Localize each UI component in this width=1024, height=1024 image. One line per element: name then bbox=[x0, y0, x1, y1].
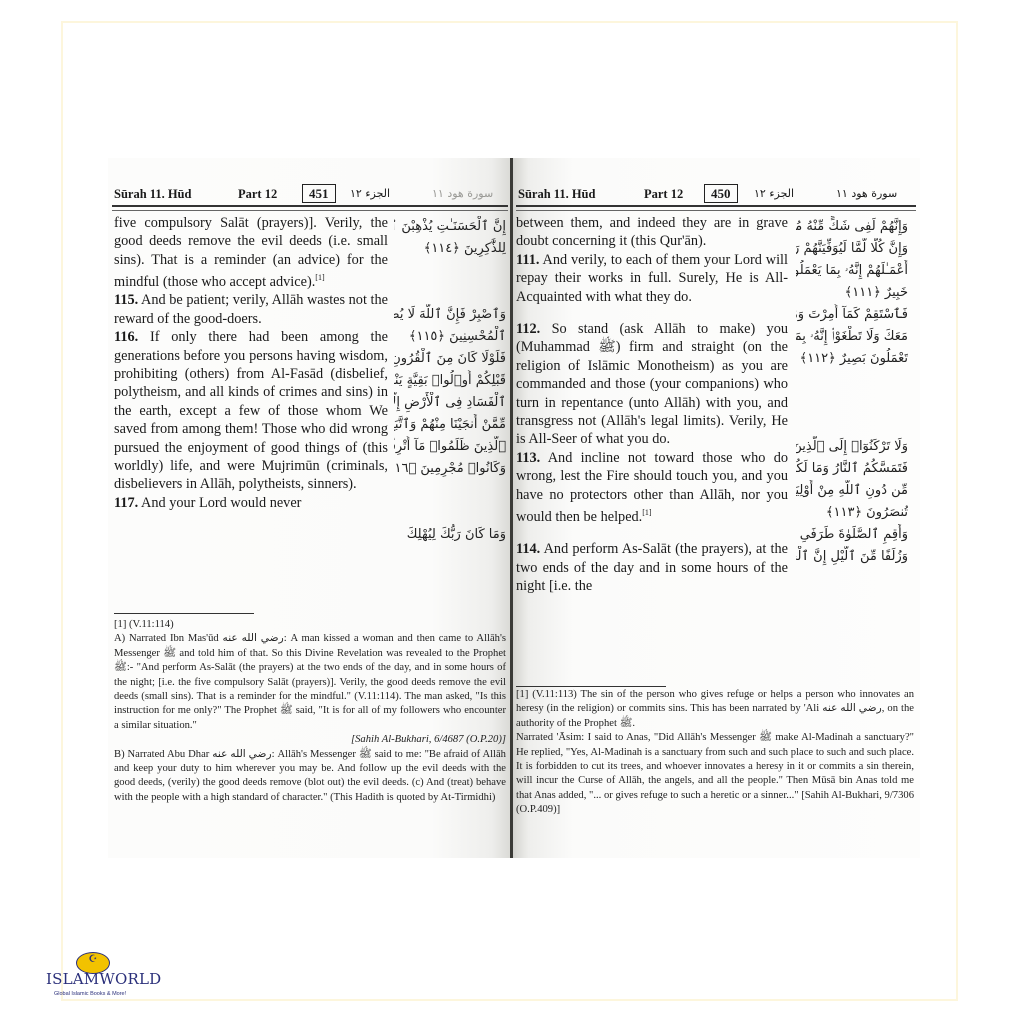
verse-continuation: between them, and indeed they are in gra… bbox=[516, 214, 788, 251]
arabic-line: وَأَقِمِ ٱلصَّلَوٰةَ طَرَفَىِ ٱلنَّهَارِ bbox=[796, 524, 908, 546]
english-translation: five compulsory Salāt (prayers)]. Verily… bbox=[114, 214, 388, 512]
juz-arabic: الجزء ١٢ bbox=[754, 187, 794, 200]
surah-title: Sūrah 11. Hūd bbox=[114, 187, 191, 202]
arabic-line: تُنصَرُونَ ﴿١١٣﴾ bbox=[796, 502, 908, 524]
part-label: Part 12 bbox=[238, 187, 277, 202]
arabic-line: أَعْمَـٰلَهُمْ إِنَّهُۥ بِمَا يَعْمَلُون… bbox=[796, 260, 908, 282]
page-header: Sūrah 11. Hūd Part 12 450 الجزء ١٢ سورة … bbox=[518, 184, 914, 204]
header-rule bbox=[112, 205, 508, 211]
arabic-line: مَعَكَ وَلَا تَطْغَوْا۟ إِنَّهُۥ بِمَا bbox=[796, 326, 908, 348]
verse-113: 113. And incline not toward those who do… bbox=[516, 449, 788, 526]
arabic-spacer bbox=[796, 414, 908, 436]
footnotes: [1] (V.11:114) A) Narrated Ibn Mas'ūd رض… bbox=[114, 618, 506, 805]
footnote-a: A) Narrated Ibn Mas'ūd رضي الله عنه: A m… bbox=[114, 632, 506, 733]
verse-112: 112. So stand (ask Allāh to make) you (M… bbox=[516, 320, 788, 449]
page-451: Sūrah 11. Hūd Part 12 451 الجزء ١٢ سورة … bbox=[108, 158, 512, 858]
verse-117: 117. And your Lord would never bbox=[114, 494, 388, 512]
arabic-spacer bbox=[394, 502, 506, 524]
footnotes: [1] (V.11:113) The sin of the person who… bbox=[516, 688, 914, 818]
page-450: Sūrah 11. Hūd Part 12 450 الجزء ١٢ سورة … bbox=[512, 158, 920, 858]
verse-114: 114. And perform As-Salāt (the prayers),… bbox=[516, 540, 788, 595]
footnote-rule bbox=[516, 686, 666, 687]
arabic-spacer bbox=[796, 370, 908, 392]
part-label: Part 12 bbox=[644, 187, 683, 202]
arabic-line: وَكَانُوا۟ مُجْرِمِينَ ﴿١١٦﴾ bbox=[394, 458, 506, 480]
header-rule bbox=[516, 205, 916, 211]
arabic-spacer bbox=[394, 282, 506, 304]
arabic-text: إِنَّ ٱلْحَسَنَـٰتِ يُذْهِبْنَ ٱلسَّيِّـ… bbox=[394, 216, 506, 546]
arabic-spacer bbox=[796, 392, 908, 414]
verse-116: 116. If only there had been among the ge… bbox=[114, 328, 388, 494]
arabic-line: قَبْلِكُمْ أُو۟لُوا۟ بَقِيَّةٍ يَنْهَوْن… bbox=[394, 370, 506, 392]
arabic-line: لِلذَّٰكِرِينَ ﴿١١٤﴾ bbox=[394, 238, 506, 260]
footnote-ref-label: [1] (V.11:114) bbox=[114, 618, 506, 632]
footnote-b: B) Narrated Abu Dhar رضي الله عنه: Allāh… bbox=[114, 748, 506, 806]
arabic-line: خَبِيرٌ ﴿١١١﴾ bbox=[796, 282, 908, 304]
footnote-citation: [Sahih Al-Bukhari, 6/4687 (O.P.20)] bbox=[114, 733, 506, 747]
footnote-ref: [1] bbox=[315, 273, 324, 282]
page-header: Sūrah 11. Hūd Part 12 451 الجزء ١٢ سورة … bbox=[114, 184, 506, 204]
arabic-line: وَزُلَفًا مِّنَ ٱلَّيْلِ إِنَّ ٱلْحَسَنَ… bbox=[796, 546, 908, 568]
verse-115: 115. And be patient; verily, Allāh waste… bbox=[114, 291, 388, 328]
surah-arabic: سورة هود ١١ bbox=[836, 187, 897, 200]
juz-arabic: الجزء ١٢ bbox=[350, 187, 390, 200]
arabic-line: مِّمَّنْ أَنجَيْنَا مِنْهُمْ وَٱتَّبَعَ bbox=[394, 414, 506, 436]
arabic-line: ٱلْفَسَادِ فِى ٱلْأَرْضِ إِلَّا قَلِيلًا bbox=[394, 392, 506, 414]
surah-title: Sūrah 11. Hūd bbox=[518, 187, 595, 202]
arabic-line: إِنَّ ٱلْحَسَنَـٰتِ يُذْهِبْنَ ٱلسَّيِّـ… bbox=[394, 216, 506, 238]
english-translation: between them, and indeed they are in gra… bbox=[516, 214, 788, 595]
arabic-line: فَٱسْتَقِمْ كَمَآ أُمِرْتَ وَمَن تَابَ bbox=[796, 304, 908, 326]
footnote-ref: [1] bbox=[642, 508, 651, 517]
logo-name: ISLAMWORLD bbox=[46, 970, 161, 988]
islamworld-logo: ☪ ISLAMWORLD Global Islamic Books & More… bbox=[46, 950, 156, 1004]
arabic-line: مِّن دُونِ ٱللَّهِ مِنْ أَوْلِيَآءَ ثُمَ… bbox=[796, 480, 908, 502]
arabic-line: وَٱصْبِرْ فَإِنَّ ٱللَّهَ لَا يُضِيعُ أَ… bbox=[394, 304, 506, 326]
arabic-line: فَتَمَسَّكُمُ ٱلنَّارُ وَمَا لَكُم bbox=[796, 458, 908, 480]
arabic-text: وَإِنَّهُمْ لَفِى شَكٍّ مِّنْهُ مُرِيبٍ … bbox=[796, 216, 908, 568]
footnote-rule bbox=[114, 613, 254, 614]
arabic-spacer bbox=[394, 260, 506, 282]
verse-continuation: five compulsory Salāt (prayers)]. Verily… bbox=[114, 214, 388, 291]
arabic-line: وَمَا كَانَ رَبُّكَ لِيُهْلِكَ bbox=[394, 524, 506, 546]
arabic-spacer bbox=[394, 480, 506, 502]
footnote-113: [1] (V.11:113) The sin of the person who… bbox=[516, 688, 914, 731]
logo-tagline: Global Islamic Books & More! bbox=[54, 991, 126, 997]
open-book: Sūrah 11. Hūd Part 12 451 الجزء ١٢ سورة … bbox=[108, 158, 920, 858]
footnote-asim: Narrated 'Āsim: I said to Anas, "Did All… bbox=[516, 731, 914, 817]
arabic-line: وَإِنَّ كُلًّا لَّمَّا لَيُوَفِّيَنَّهُم… bbox=[796, 238, 908, 260]
book-gutter bbox=[510, 158, 513, 858]
surah-arabic: سورة هود ١١ bbox=[432, 187, 493, 200]
arabic-line: ٱلْمُحْسِنِينَ ﴿١١٥﴾ bbox=[394, 326, 506, 348]
arabic-line: تَعْمَلُونَ بَصِيرٌ ﴿١١٢﴾ bbox=[796, 348, 908, 370]
page-number: 450 bbox=[704, 184, 738, 203]
verse-111: 111. And verily, to each of them your Lo… bbox=[516, 251, 788, 306]
page-number: 451 bbox=[302, 184, 336, 203]
arabic-line: وَلَا تَرْكَنُوٓا۟ إِلَى ٱلَّذِينَ ظَلَم… bbox=[796, 436, 908, 458]
arabic-line: فَلَوْلَا كَانَ مِنَ ٱلْقُرُونِ مِن bbox=[394, 348, 506, 370]
arabic-line: ٱلَّذِينَ ظَلَمُوا۟ مَآ أُتْرِفُوا۟ فِيه… bbox=[394, 436, 506, 458]
arabic-line: وَإِنَّهُمْ لَفِى شَكٍّ مِّنْهُ مُرِيبٍ … bbox=[796, 216, 908, 238]
